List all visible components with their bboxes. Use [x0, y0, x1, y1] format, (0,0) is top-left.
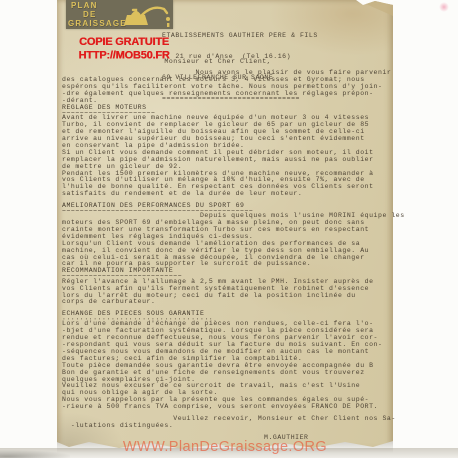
letter-line: -rieure à 500 francs TVA comprise, vous …	[62, 404, 394, 411]
torn-corner	[357, 0, 393, 16]
letter-body: Monsieur et Cher Client, Nous avons le p…	[62, 59, 394, 429]
company-name: ETABLISSEMENTS GAUTHIER PERE & FILS	[162, 32, 318, 39]
scan-artifact	[439, 2, 449, 12]
site-watermark: WWW.PlanDeGraissage.ORG	[57, 439, 393, 455]
plan-de-graissage-logo: PLAN DE GRAISSAGE	[66, 0, 173, 29]
letter-heading-line: REGLAGE DES MOTEURS	[62, 105, 394, 112]
letter-heading-line: RECOMMANDATION IMPORTANTE	[62, 268, 394, 275]
letter-heading-line: ECHANGE DES PIECES SOUS GARANTIE	[62, 311, 394, 318]
letter-heading-line: AMELIORATION DES PERFORMANCES DU SPORT 6…	[62, 203, 394, 210]
letter-line: -dre également quelques renseignements c…	[62, 91, 394, 98]
letter-line: satisfaits du rendement et de la durée d…	[62, 191, 394, 198]
letter-line: -lutations distinguées.	[62, 423, 394, 430]
letter-line: corps de carburateur.	[62, 299, 394, 306]
letter-line: Monsieur et Cher Client,	[62, 59, 394, 66]
